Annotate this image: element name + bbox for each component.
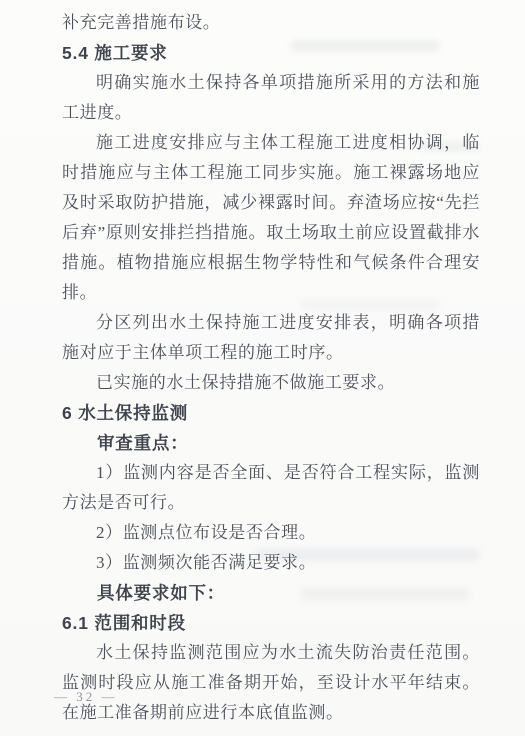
review-key-points-label: 审查重点： — [62, 428, 480, 458]
list-item: 1）监测内容是否全面、是否符合工程实际，监测方法是否可行。 — [62, 458, 480, 518]
section-heading-5-4: 5.4 施工要求 — [62, 38, 480, 68]
section-heading-6: 6 水土保持监测 — [62, 398, 480, 428]
specific-requirements-label: 具体要求如下： — [62, 578, 480, 608]
scanned-document-page: 补充完善措施布设。 5.4 施工要求 明确实施水土保持各单项措施所采用的方法和施… — [0, 0, 525, 736]
paragraph: 明确实施水土保持各单项措施所采用的方法和施工进度。 — [62, 68, 480, 128]
paragraph-continuation: 补充完善措施布设。 — [62, 8, 480, 38]
document-content: 补充完善措施布设。 5.4 施工要求 明确实施水土保持各单项措施所采用的方法和施… — [62, 8, 480, 728]
paragraph: 水土保持监测范围应为水土流失防治责任范围。监测时段应从施工准备期开始，至设计水平… — [62, 638, 480, 728]
list-item: 3）监测频次能否满足要求。 — [62, 548, 480, 578]
paragraph: 已实施的水土保持措施不做施工要求。 — [62, 368, 480, 398]
paragraph: 分区列出水土保持施工进度安排表，明确各项措施对应于主体单项工程的施工时序。 — [62, 308, 480, 368]
page-number: — 32 — — [54, 688, 118, 706]
list-item: 2）监测点位布设是否合理。 — [62, 518, 480, 548]
section-heading-6-1: 6.1 范围和时段 — [62, 608, 480, 638]
paragraph: 施工进度安排应与主体工程施工进度相协调，临时措施应与主体工程施工同步实施。施工裸… — [62, 128, 480, 308]
